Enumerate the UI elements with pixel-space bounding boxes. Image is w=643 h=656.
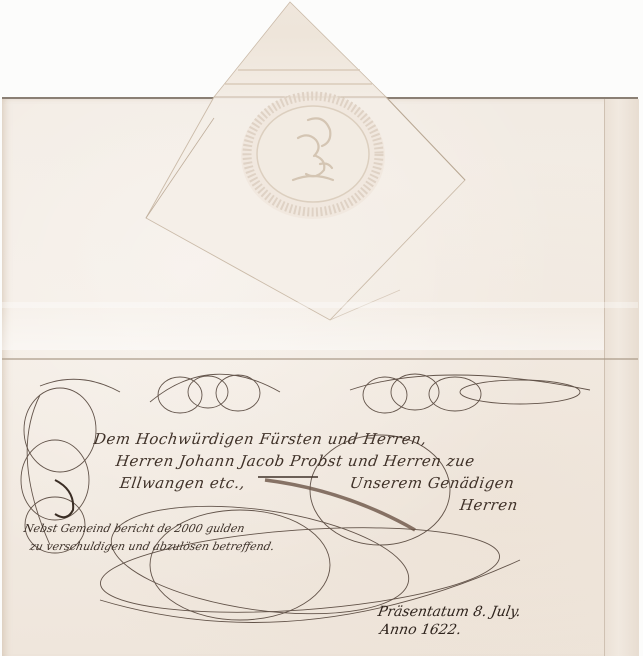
embossed-seal [238,90,388,225]
docket-line-2: zu verschuldigen und abzulösen betreffen… [29,540,276,553]
address-line-3: Ellwangen etc., [119,474,247,492]
date-line-1: Präsentatum 8. July. [377,604,523,620]
document-photo: Dem Hochwürdigen Fürsten und Herren, Her… [0,0,643,656]
address-line-2: Herren Johann Jacob Probst und Herren zu… [115,452,476,470]
docket-line-1: Nebst Gemeind bericht de 2000 gulden [23,522,246,535]
address-line-4: Unserem Genädigen [349,474,516,492]
date-line-2: Anno 1622. [379,622,463,638]
address-line-5: Herren [459,496,519,514]
address-line-1: Dem Hochwürdigen Fürsten und Herren, [93,430,428,448]
